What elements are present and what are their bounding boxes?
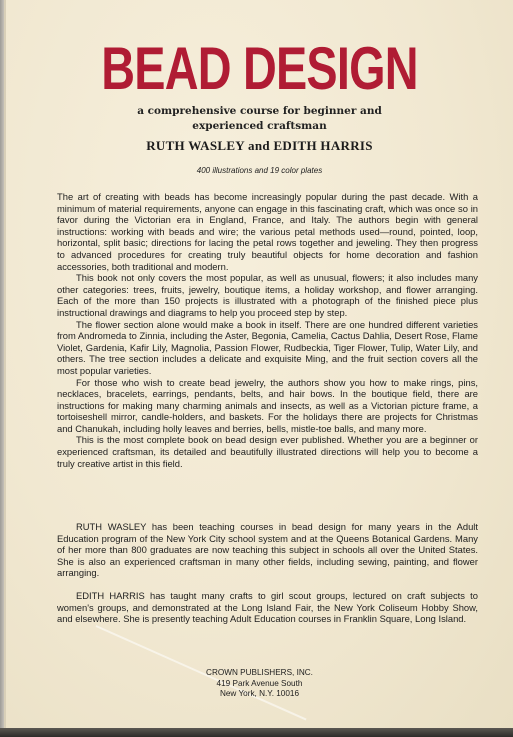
author-bios: RUTH WASLEY has been teaching courses in… — [57, 521, 478, 636]
description-paragraph: This is the most complete book on bead d… — [57, 434, 478, 469]
subtitle-line-1: a comprehensive course for beginner and — [6, 104, 513, 119]
book-subtitle: a comprehensive course for beginner and … — [6, 104, 513, 134]
description-paragraph: The art of creating with beads has becom… — [57, 191, 478, 272]
publisher-address-line-1: 419 Park Avenue South — [6, 679, 513, 690]
description-paragraph: The flower section alone would make a bo… — [57, 319, 478, 377]
illustrations-note: 400 illustrations and 19 color plates — [6, 166, 513, 175]
book-title: BEAD DESIGN — [62, 38, 457, 100]
publisher-name: CROWN PUBLISHERS, INC. — [6, 668, 513, 679]
publisher-info: CROWN PUBLISHERS, INC. 419 Park Avenue S… — [6, 668, 513, 700]
book-authors: RUTH WASLEY and EDITH HARRIS — [6, 138, 513, 154]
book-bottom-edge — [0, 728, 513, 737]
subtitle-line-2: experienced craftsman — [6, 119, 513, 134]
description-paragraph: This book not only covers the most popul… — [57, 272, 478, 318]
description-paragraph: For those who wish to create bead jewelr… — [57, 377, 478, 435]
book-description: The art of creating with beads has becom… — [57, 191, 478, 469]
publisher-address-line-2: New York, N.Y. 10016 — [6, 689, 513, 700]
author-bio-edith-harris: EDITH HARRIS has taught many crafts to g… — [57, 590, 478, 625]
author-bio-ruth-wasley: RUTH WASLEY has been teaching courses in… — [57, 521, 478, 579]
book-back-cover: BEAD DESIGN a comprehensive course for b… — [4, 0, 513, 728]
